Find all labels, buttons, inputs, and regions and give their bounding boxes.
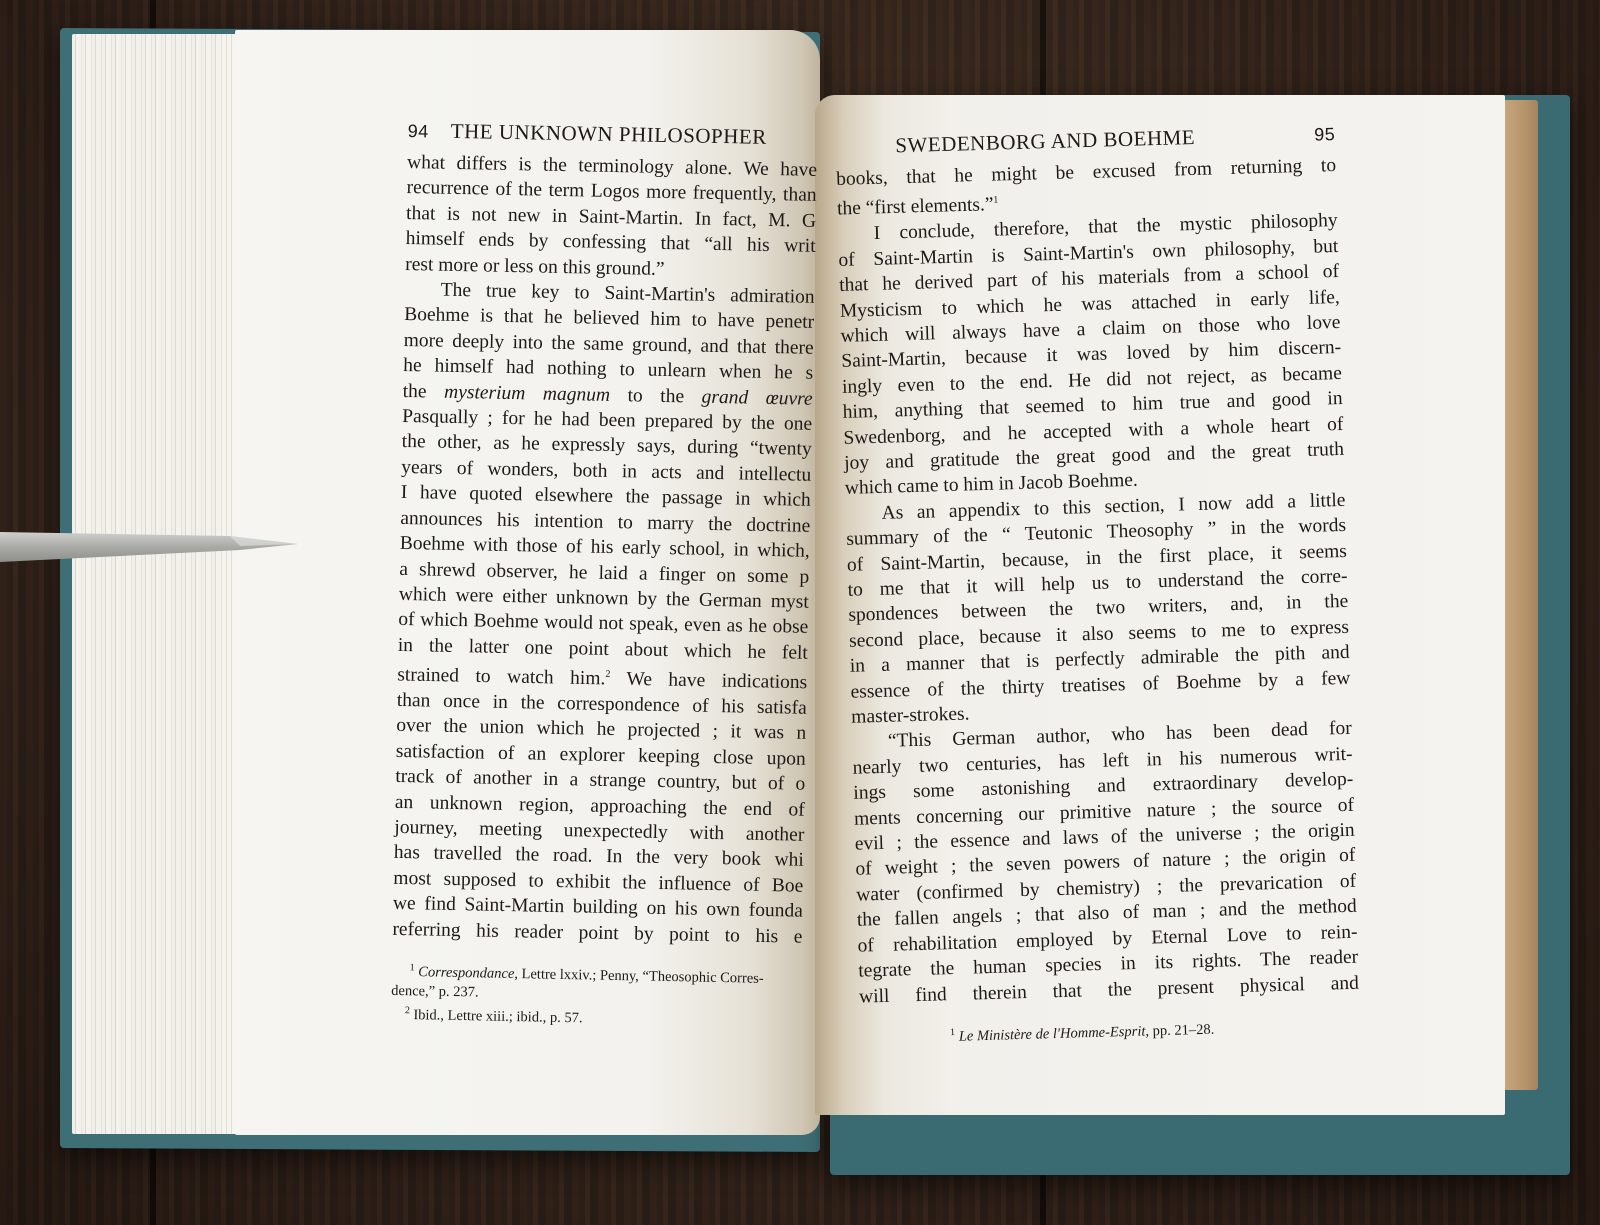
footnote-marker: 1 — [993, 195, 998, 206]
right-page-text: SWEDENBORG AND BOEHME 95 books, that he … — [835, 121, 1360, 1049]
italic-phrase: grand œuvre — [701, 386, 812, 409]
page-number: 95 — [1314, 124, 1336, 146]
italic-phrase: mysterium magnum — [444, 381, 610, 405]
running-head-title: THE UNKNOWN PHILOSOPHER — [451, 119, 767, 150]
knife-blade-icon — [0, 522, 300, 564]
left-page-text: 94 THE UNKNOWN PHILOSOPHER what differs … — [391, 118, 818, 1032]
footnotes-left: 1 Correspondance, Lettre lxxiv.; Penny, … — [391, 958, 802, 1033]
right-page-edge — [1500, 100, 1538, 1090]
page-number: 94 — [408, 121, 429, 142]
